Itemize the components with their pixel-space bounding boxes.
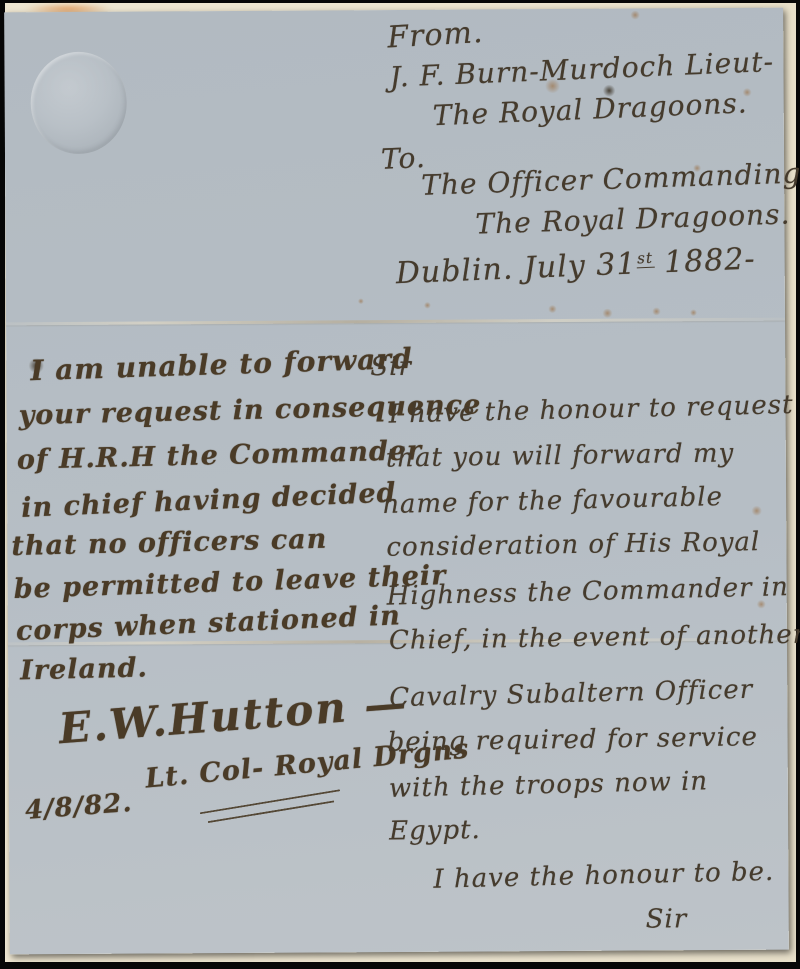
foxing-spot bbox=[751, 506, 762, 516]
foxing-spot bbox=[652, 307, 661, 315]
body-line: that you will forward my bbox=[386, 438, 735, 473]
body-line: Cavalry Subaltern Officer bbox=[389, 675, 753, 714]
foxing-spot bbox=[424, 302, 431, 309]
body-line: being required for service bbox=[387, 722, 758, 757]
foxing-spot bbox=[548, 305, 557, 313]
closing-salutation: Sir bbox=[646, 904, 688, 934]
body-line: Highness the Commander in bbox=[386, 572, 789, 611]
dateline-year: 1882- bbox=[663, 242, 756, 281]
letter-page: From. J. F. Burn-Murdoch Lieut- The Roya… bbox=[4, 8, 789, 955]
endorsement-line: Ireland. bbox=[20, 652, 148, 686]
to-label: To. bbox=[380, 141, 426, 176]
endorsement-line: be permitted to leave their bbox=[13, 560, 447, 605]
body-line: with the troops now in bbox=[389, 766, 709, 804]
body-line: consideration of His Royal bbox=[386, 527, 760, 563]
sender-unit: The Royal Dragoons. bbox=[432, 86, 748, 132]
body-line: Chief, in the event of another bbox=[389, 620, 800, 656]
embossed-crest-seal-icon bbox=[30, 52, 127, 155]
sender-name: J. F. Burn-Murdoch Lieut- bbox=[389, 45, 775, 94]
recipient-unit: The Royal Dragoons. bbox=[475, 197, 791, 240]
recipient: The Officer Commanding bbox=[421, 157, 800, 202]
body-line: name for the favourable bbox=[382, 482, 723, 520]
foxing-spot bbox=[602, 309, 613, 318]
endorsement-line: of H.R.H the Commander bbox=[17, 435, 423, 476]
endorsement-line: that no officers can bbox=[11, 524, 328, 562]
foxing-spot bbox=[690, 309, 697, 316]
dateline-main: Dublin. July 31 bbox=[395, 246, 637, 291]
from-label: From. bbox=[386, 15, 484, 56]
endorsement-date: 4/8/82. bbox=[24, 788, 133, 826]
endorsement-line: I am unable to forward bbox=[30, 342, 413, 387]
signature-flourish-line bbox=[208, 800, 335, 823]
salutation: Sir bbox=[370, 352, 412, 382]
foxing-spot bbox=[358, 298, 364, 304]
closing-line: I have the honour to be. bbox=[433, 857, 774, 895]
photographed-letter: From. J. F. Burn-Murdoch Lieut- The Roya… bbox=[0, 0, 800, 969]
endorsement-signature: E.W.Hutton — bbox=[57, 678, 410, 753]
body-line: Egypt. bbox=[389, 815, 481, 846]
endorsement-line: in chief having decided bbox=[21, 477, 397, 523]
fold-line-upper bbox=[6, 318, 785, 326]
dateline-ordinal: st bbox=[636, 248, 654, 268]
foxing-spot bbox=[630, 11, 640, 20]
dateline: Dublin. July 31st1882- bbox=[395, 242, 756, 292]
